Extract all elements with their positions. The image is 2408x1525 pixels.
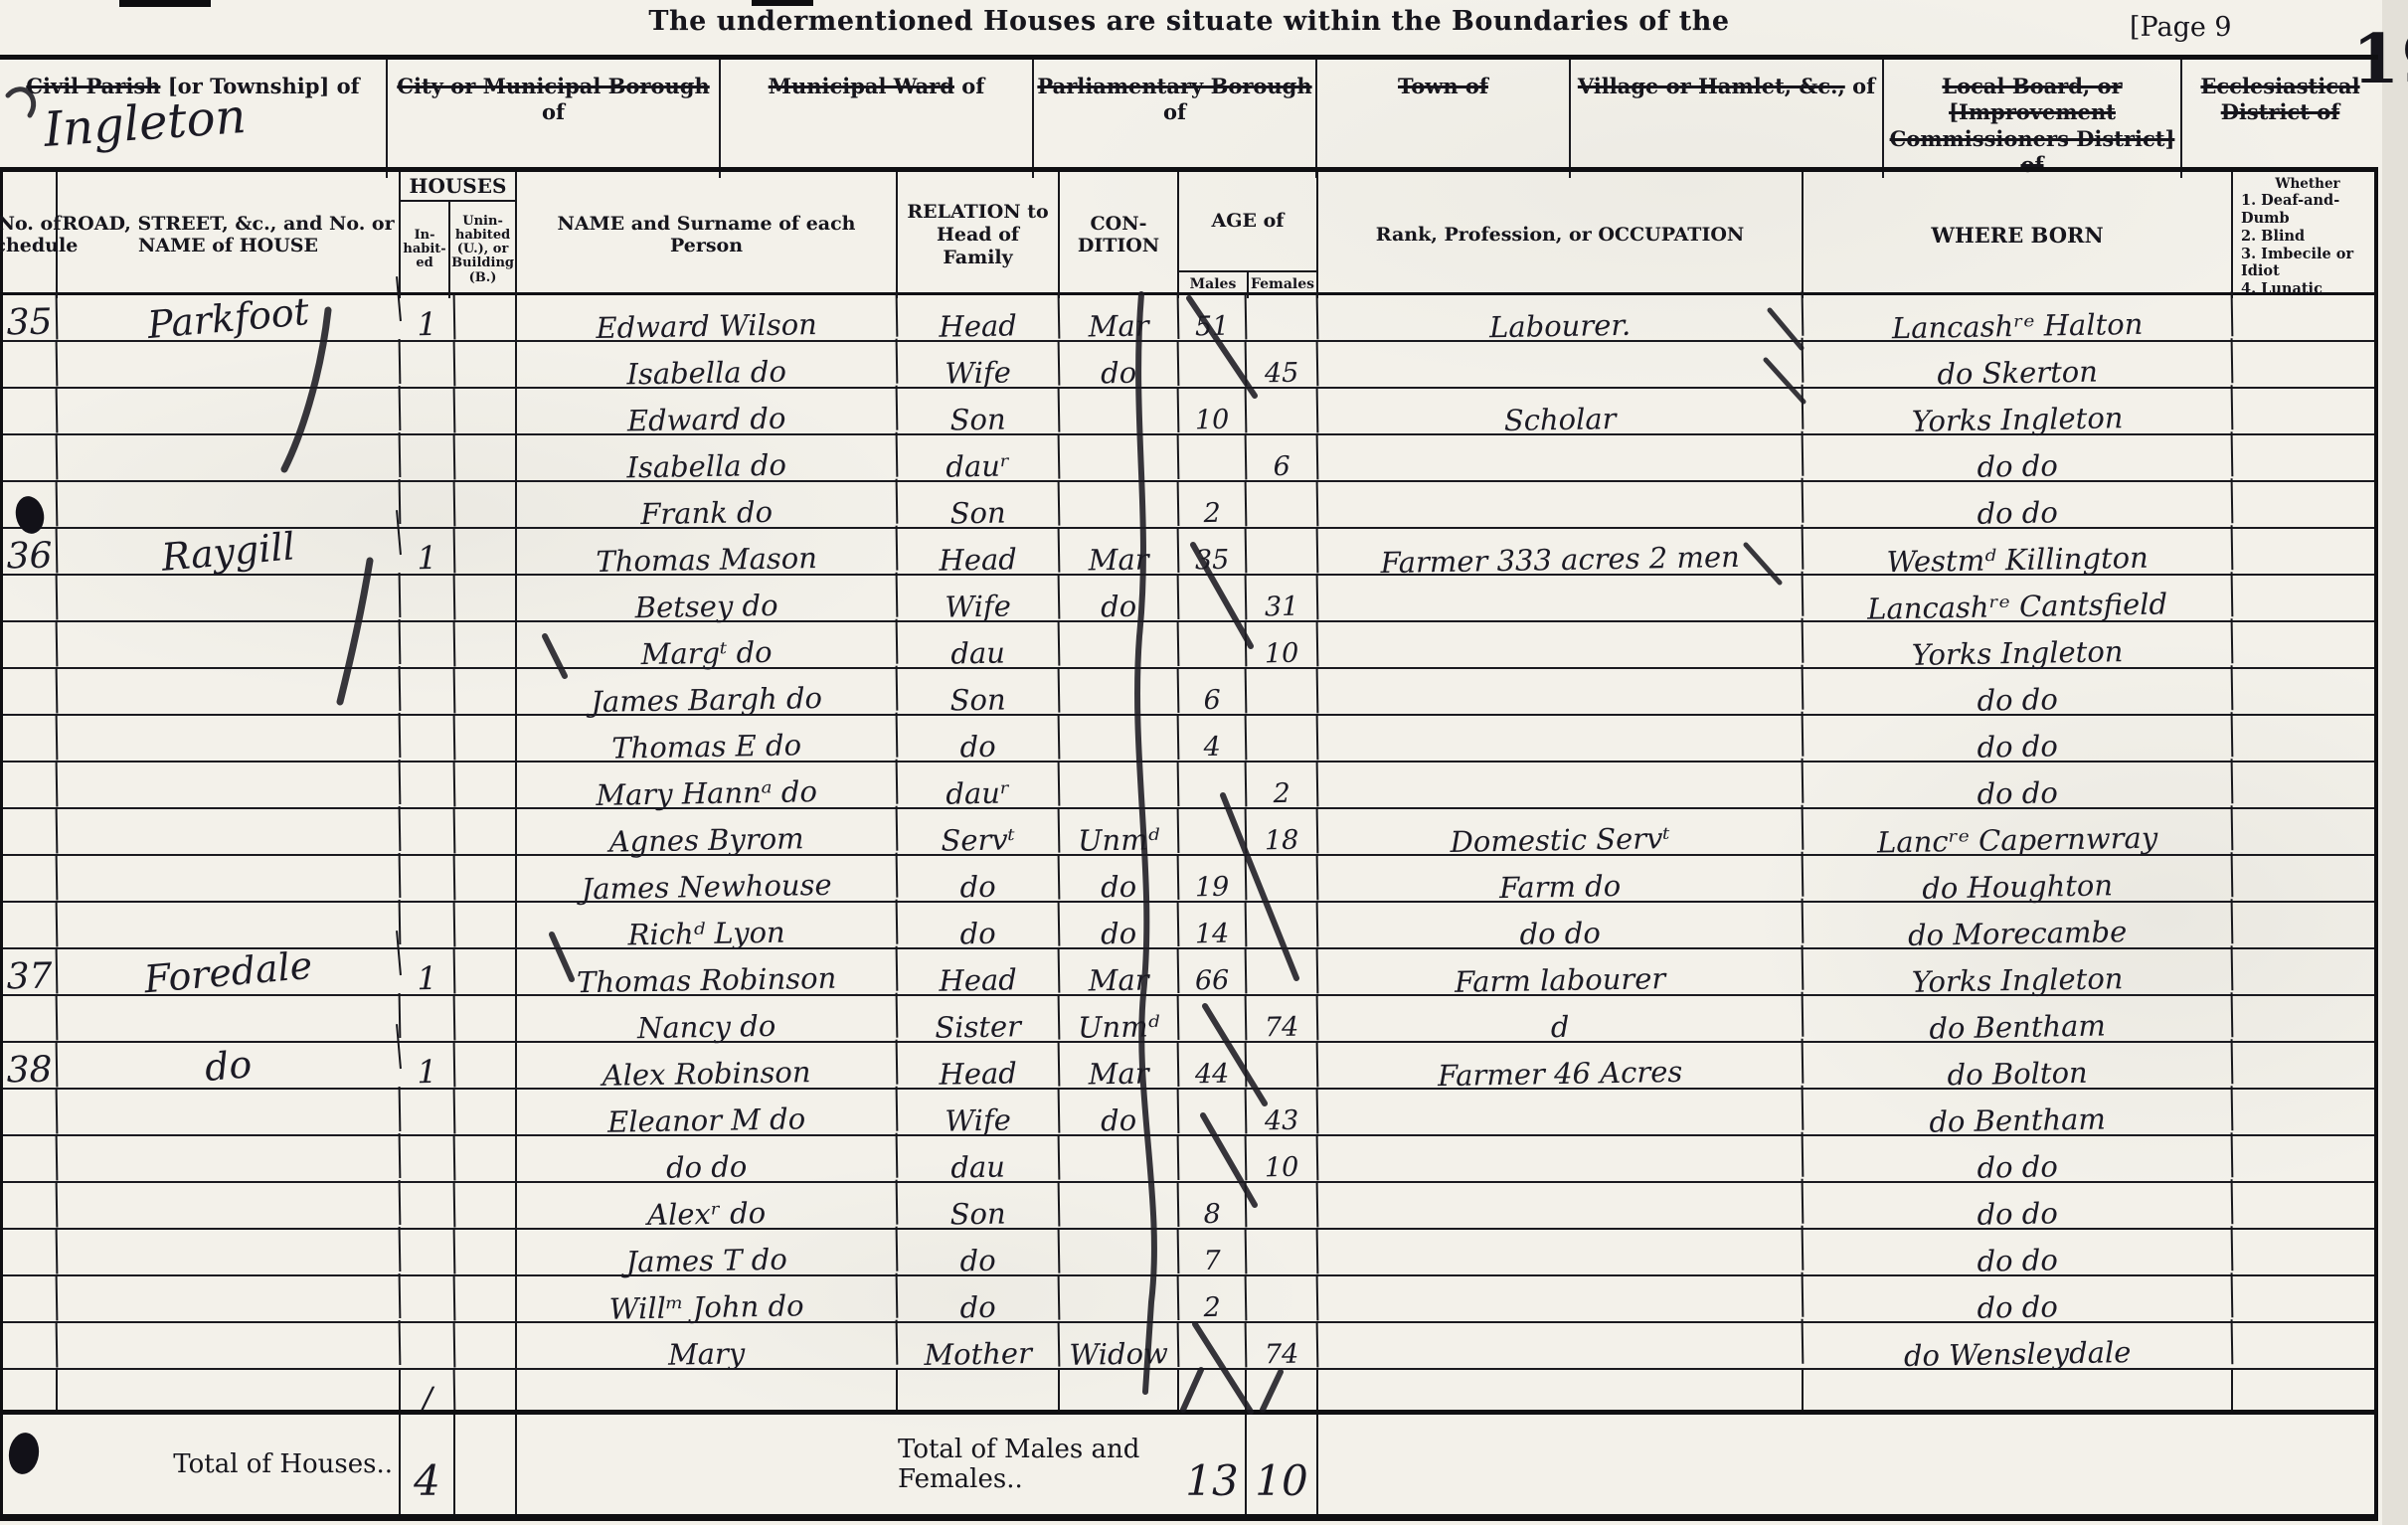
cell-inhabited <box>401 1323 456 1369</box>
cell-name: James Newhouse <box>517 853 899 905</box>
cell-where-born: Lancʳᵉ Capernwray <box>1804 805 2234 858</box>
cell-uninhabited <box>455 1043 517 1088</box>
cell-relation: Son <box>898 668 1061 716</box>
cell-uninhabited <box>455 1323 517 1368</box>
cell-inhabited <box>401 903 456 948</box>
cell-schedule: 38 <box>3 1043 59 1089</box>
cell-occupation <box>1318 618 1805 672</box>
cell-age-female: 74 <box>1247 995 1319 1041</box>
cell-schedule <box>3 482 59 528</box>
cell-schedule: 36 <box>3 529 59 575</box>
cell-inhabited <box>401 1183 456 1229</box>
cell-occupation: Farm labourer <box>1318 945 1805 999</box>
cell-age-male <box>1179 341 1248 387</box>
table-row: Mary Mother Widow 74 do Wensleydale <box>3 1323 2374 1370</box>
totals-blank <box>3 1415 58 1514</box>
cell-relation: Son <box>898 1182 1061 1230</box>
col-group-age: AGE of Males Females <box>1179 172 1318 298</box>
cell-inhabited: 1 <box>401 949 456 995</box>
cell-whether <box>2233 1230 2378 1274</box>
cell-occupation <box>1318 1226 1805 1279</box>
cell-inhabited: 1 <box>401 1043 456 1089</box>
cell-where-born: do Wensleydale <box>1804 1319 2234 1372</box>
census-page: The undermentioned Houses are situate wi… <box>0 0 2408 1525</box>
cell-occupation <box>1318 572 1805 625</box>
cell-condition: Mar <box>1060 948 1180 995</box>
cell-occupation: Farmer 333 acres 2 men <box>1318 525 1805 579</box>
cell-uninhabited <box>455 482 517 527</box>
cell-whether <box>2233 809 2378 854</box>
cell-where-born: do do <box>1804 712 2234 764</box>
cell-where-born: do Morecambe <box>1804 899 2234 951</box>
cell-age-female: 10 <box>1247 1135 1319 1181</box>
cell-age-male: 35 <box>1179 528 1248 574</box>
cell-occupation <box>1318 759 1805 812</box>
cell-where-born: do Skerton <box>1804 338 2234 391</box>
cell-age-male: 2 <box>1179 1275 1248 1321</box>
cell-name: James Bargh do <box>517 666 899 718</box>
cell-relation: dau <box>898 1135 1061 1183</box>
whether-item: 3. Imbecile or Idiot <box>2241 246 2374 280</box>
cell-whether <box>2233 996 2378 1041</box>
cell-occupation <box>1318 1179 1805 1233</box>
col-header-where-born: WHERE BORN <box>1804 172 2233 298</box>
cell-schedule <box>3 1183 59 1229</box>
cell-age-male <box>1179 808 1248 854</box>
cell-uninhabited <box>455 996 517 1041</box>
cell-condition: do <box>1060 1089 1180 1135</box>
cell-condition: do <box>1060 855 1180 902</box>
cell-schedule: 37 <box>3 949 59 995</box>
table-row: 36 Raygill 1 Thomas Mason Head Mar 35 Fa… <box>3 529 2374 576</box>
col-header-relation: RELATION to Head of Family <box>898 172 1060 298</box>
cell-condition <box>1060 715 1180 762</box>
cell-uninhabited <box>455 1090 517 1134</box>
cell-name: Betsey do <box>517 573 899 624</box>
table-row: James Bargh do Son 6 do do <box>3 669 2374 716</box>
cell-name: Frank do <box>517 479 899 531</box>
cell-uninhabited <box>455 342 517 387</box>
cell-condition <box>1060 388 1180 434</box>
cell-house <box>58 760 402 810</box>
cell-schedule <box>3 762 59 808</box>
cell-whether <box>2233 1136 2378 1181</box>
field-label-struck: Ecclesiastical District of <box>2200 74 2359 124</box>
cell-females <box>1247 1370 1318 1415</box>
cell-occupation <box>1318 338 1805 392</box>
field-parliamentary-borough: Parliamentary Borough of <box>1034 60 1317 178</box>
cell-age-female <box>1247 855 1319 901</box>
cell-inhabited <box>401 996 456 1042</box>
cell-age-male <box>1179 1089 1248 1134</box>
total-houses-label: Total of Houses.. <box>58 1415 401 1514</box>
cell-condition: Widow <box>1060 1322 1180 1369</box>
cell-inhabited <box>401 716 456 762</box>
table-row: Margᵗ do dau 10 Yorks Ingleton <box>3 622 2374 669</box>
cell-condition <box>1060 668 1180 715</box>
field-municipal-ward: Municipal Ward of <box>721 60 1034 178</box>
cell-age-female: 31 <box>1247 575 1319 620</box>
cell-inhabited <box>401 435 456 481</box>
cell-where-born: do do <box>1804 478 2234 531</box>
cell-uninhabited <box>455 576 517 620</box>
cell-occupation <box>1318 1370 1804 1415</box>
totals-blank <box>1804 1415 2233 1514</box>
civil-parish-value: Ingleton <box>42 86 248 160</box>
cell-name: Thomas Robinson <box>517 946 899 998</box>
age-group-title: AGE of <box>1179 172 1316 270</box>
cell-where-born: Lancashʳᵉ Cantsfield <box>1804 572 2234 624</box>
cell-uninhabited <box>455 1136 517 1181</box>
cell-where-born: do do <box>1804 759 2234 811</box>
cell-name: Richᵈ Lyon <box>517 900 899 951</box>
cell-relation: do <box>898 715 1061 762</box>
field-ecclesiastical-district: Ecclesiastical District of <box>2182 60 2378 178</box>
cell-condition: Unmᵈ <box>1060 808 1180 855</box>
cell-condition <box>1060 1229 1180 1275</box>
cell-relation: Head <box>898 294 1061 342</box>
cell-schedule <box>3 1090 59 1135</box>
cell-inhabited <box>401 482 456 528</box>
cell-uninhabited <box>455 389 517 433</box>
table-row: 35 Parkfoot 1 Edward Wilson Head Mar 51 … <box>3 295 2374 342</box>
cell-name: Thomas Mason <box>517 526 899 578</box>
cell-name: Alex Robinson <box>517 1040 899 1092</box>
cell-whether <box>2233 762 2378 807</box>
cell-house <box>58 853 402 904</box>
cell-occupation <box>1318 1086 1805 1139</box>
cell-age-female <box>1247 481 1319 527</box>
cell-relation: Head <box>898 948 1061 996</box>
cell-name: Alexʳ do <box>517 1180 899 1232</box>
cell-name: Nancy do <box>517 993 899 1045</box>
table-row: James T do do 7 do do <box>3 1230 2374 1276</box>
cell-uninhabited <box>455 529 517 574</box>
table-header-row: No. of Schedule ROAD, STREET, &c., and N… <box>3 172 2374 295</box>
cell-born <box>1804 1370 2233 1415</box>
cell-house <box>58 806 402 857</box>
cell-age-female <box>1247 902 1319 947</box>
cell-condition <box>1060 762 1180 808</box>
cell-where-born: do Bolton <box>1804 1039 2234 1092</box>
cell-uninhabited <box>455 762 517 807</box>
cell-condition: do <box>1060 902 1180 948</box>
cell-uninhabited <box>455 1370 517 1415</box>
cell-schedule <box>3 669 59 715</box>
cell-where-born: do do <box>1804 431 2234 484</box>
cell-name: Isabella do <box>517 432 899 484</box>
cell-occupation <box>1318 665 1805 719</box>
cell-schedule <box>3 809 59 855</box>
cell-whether <box>2233 482 2378 527</box>
cell-age-male: 6 <box>1179 668 1248 714</box>
field-label-struck: City or Municipal Borough <box>397 74 709 98</box>
cell-age-male: 66 <box>1179 948 1248 994</box>
cell-condition <box>1060 1370 1179 1415</box>
census-table: No. of Schedule ROAD, STREET, &c., and N… <box>0 167 2378 1415</box>
cell-whether <box>2233 342 2378 387</box>
totals-blank <box>1318 1415 1804 1514</box>
cell-where-born: Lancashʳᵉ Halton <box>1804 291 2234 344</box>
cell-condition <box>1060 621 1180 668</box>
cell-inhabited <box>401 1230 456 1275</box>
cell-condition: do <box>1060 341 1180 388</box>
cell-relation: Wife <box>898 1089 1061 1136</box>
cell-whether <box>2233 622 2378 667</box>
cell-uninhabited <box>455 809 517 854</box>
cell-relation: do <box>898 902 1061 949</box>
field-label-struck: Parliamentary Borough <box>1037 74 1311 98</box>
col-header-condition: CON- DITION <box>1060 172 1179 298</box>
cell-inhabited <box>401 342 456 388</box>
cell-inhabited <box>401 1136 456 1182</box>
cell-inhabited <box>401 762 456 808</box>
cell-relation: Mother <box>898 1322 1061 1370</box>
total-males-females-label: Total of Males and Females.. <box>898 1415 1179 1514</box>
cell-age-male <box>1179 434 1248 480</box>
cell-condition: Mar <box>1060 294 1180 341</box>
cell-age-male: 7 <box>1179 1229 1248 1274</box>
cell-occupation: do do <box>1318 899 1805 952</box>
cell-inhabited <box>401 809 456 855</box>
cell-age-female <box>1247 1275 1319 1321</box>
cell-relation: Head <box>898 528 1061 576</box>
cell-name: Edward Wilson <box>517 292 899 344</box>
cell-inhabited <box>401 1090 456 1135</box>
cell-uninhabited <box>455 295 517 340</box>
cell-whether <box>2233 529 2378 574</box>
spacer-row: / <box>3 1370 2374 1415</box>
cell-name: James T do <box>517 1227 899 1278</box>
cell-condition <box>1060 1275 1180 1322</box>
whether-item: 1. Deaf-and-Dumb <box>2241 192 2374 227</box>
cell-whether <box>2233 1090 2378 1134</box>
cell-house <box>58 1227 402 1277</box>
cell-relation <box>898 1370 1060 1415</box>
boundary-header: Civil Parish [or Township] of Ingleton C… <box>0 55 2378 167</box>
cell-name: Agnes Byrom <box>517 806 899 858</box>
cell-relation: Head <box>898 1042 1061 1090</box>
cell-relation: Son <box>898 481 1061 529</box>
cell-relation: dauʳ <box>898 762 1061 809</box>
cell-uninhabited <box>455 435 517 480</box>
cell-occupation: Domestic Servᵗ <box>1318 805 1805 859</box>
cell-condition <box>1060 1135 1180 1182</box>
cell-occupation: d <box>1318 992 1805 1046</box>
cell-house <box>58 1180 402 1231</box>
totals-blank <box>2233 1415 2378 1514</box>
cell-whether <box>2233 295 2378 340</box>
cell-age-female: 10 <box>1247 621 1319 667</box>
cell-schedule <box>3 389 59 434</box>
cell-whether <box>2233 1323 2378 1368</box>
cell-schedule: 35 <box>3 295 59 341</box>
cell-name: Margᵗ do <box>517 619 899 671</box>
col-header-road: ROAD, STREET, &c., and No. or NAME of HO… <box>58 172 401 298</box>
cell-age-female <box>1247 1182 1319 1228</box>
table-row: Willᵐ John do do 2 do do <box>3 1276 2374 1323</box>
cell-house <box>58 386 402 436</box>
cell-inhabited <box>401 1276 456 1322</box>
cell-age-female <box>1247 528 1319 574</box>
cell-uninhabited <box>455 1183 517 1228</box>
cell-where-born: Yorks Ingleton <box>1804 385 2234 437</box>
cell-age-female: 6 <box>1247 434 1319 480</box>
cell-whether <box>2233 949 2378 994</box>
cell-whether <box>2233 1276 2378 1321</box>
cell-males <box>1179 1370 1247 1415</box>
whether-title: Whether <box>2241 176 2374 192</box>
cell-whether <box>2233 669 2378 714</box>
cell-relation: do <box>898 1229 1061 1276</box>
cell-age-female <box>1247 948 1319 994</box>
col-header-name: NAME and Surname of each Person <box>517 172 898 298</box>
table-row: Alexʳ do Son 8 do do <box>3 1183 2374 1230</box>
cell-occupation <box>1318 1272 1805 1326</box>
cell-age-female: 2 <box>1247 762 1319 807</box>
cell-occupation: Scholar <box>1318 385 1805 438</box>
cell-inhabited: 1 <box>401 295 456 341</box>
cell-uninhabited <box>455 949 517 994</box>
cell-where-born: do Houghton <box>1804 852 2234 905</box>
cell-condition <box>1060 434 1180 481</box>
cell-house <box>58 713 402 763</box>
cell-age-male <box>1179 621 1248 667</box>
cell-schedule <box>3 1276 59 1322</box>
cell-whether <box>2233 576 2378 620</box>
cell-name: Mary Hannᵃ do <box>517 760 899 811</box>
cell-name <box>517 1370 898 1415</box>
cell-condition: Mar <box>1060 1042 1180 1089</box>
table-row: Betsey do Wife do 31 Lancashʳᵉ Cantsfiel… <box>3 576 2374 622</box>
cell-relation: Wife <box>898 575 1061 622</box>
cell-age-female: 74 <box>1247 1322 1319 1368</box>
cell-where-born: do do <box>1804 1179 2234 1232</box>
cell-relation: dau <box>898 621 1061 669</box>
field-municipal-borough: City or Municipal Borough of <box>388 60 721 178</box>
table-body: 35 Parkfoot 1 Edward Wilson Head Mar 51 … <box>3 295 2374 1370</box>
field-local-board: Local Board, or [Improvement Commissione… <box>1884 60 2182 178</box>
cell-age-male: 10 <box>1179 388 1248 433</box>
cell-condition: Unmᵈ <box>1060 995 1180 1042</box>
cell-whether <box>2233 716 2378 761</box>
cell-inhabited <box>401 669 456 715</box>
whether-item: 2. Blind <box>2241 228 2305 246</box>
field-village-hamlet: Village or Hamlet, &c., of <box>1571 60 1884 178</box>
field-label: of <box>954 74 984 98</box>
cell-condition <box>1060 1182 1180 1229</box>
total-males-value: 13 <box>1179 1415 1247 1514</box>
cell-house <box>58 432 402 483</box>
cell-age-male: 19 <box>1179 855 1248 901</box>
cell-age-male <box>1179 995 1248 1041</box>
cell-name: do do <box>517 1133 899 1185</box>
table-row: Eleanor M do Wife do 43 do Bentham <box>3 1090 2374 1136</box>
totals-blank <box>517 1415 898 1514</box>
cell-occupation <box>1318 478 1805 532</box>
cell-where-born: Westmᵈ Killington <box>1804 525 2234 578</box>
cell-condition: do <box>1060 575 1180 621</box>
cell-age-female <box>1247 294 1319 340</box>
cell-name: Mary <box>517 1320 899 1372</box>
cell-occupation <box>1318 712 1805 765</box>
cell-whether <box>2233 856 2378 901</box>
cell-name: Eleanor M do <box>517 1087 899 1138</box>
cell-age-male: 51 <box>1179 294 1248 340</box>
cell-where-born: do Bentham <box>1804 1086 2234 1138</box>
cell-occupation <box>1318 1319 1805 1373</box>
field-label-struck: Town of <box>1398 74 1488 98</box>
field-label-struck: Village or Hamlet, &c., <box>1578 74 1845 98</box>
cell-age-female <box>1247 715 1319 761</box>
cell-uninhabited <box>455 1230 517 1274</box>
field-label-struck: Municipal Ward <box>769 74 954 98</box>
page-edge-margin <box>2382 0 2408 1525</box>
cell-age-female <box>1247 1229 1319 1274</box>
col-header-inhabited: In- habit- ed <box>401 202 450 298</box>
totals-blank <box>455 1415 517 1514</box>
col-group-houses: HOUSES In- habit- ed Unin- habited (U.),… <box>401 172 517 298</box>
table-row: do do dau 10 do do <box>3 1136 2374 1183</box>
cell-whether <box>2233 1183 2378 1228</box>
cell-occupation: Labourer. <box>1318 291 1805 345</box>
table-row: James Newhouse do do 19 Farm do do Hough… <box>3 856 2374 903</box>
table-row: Isabella do dauʳ 6 do do <box>3 435 2374 482</box>
cell-schedule <box>3 622 59 668</box>
cell-uninhabited <box>455 856 517 901</box>
cell-age-female <box>1247 388 1319 433</box>
table-row: Isabella do Wife do 45 do Skerton <box>3 342 2374 389</box>
cell-whether <box>2233 1370 2378 1415</box>
cell-schedule <box>3 903 59 948</box>
cell-where-born: Yorks Ingleton <box>1804 945 2234 998</box>
col-header-uninhabited: Unin- habited (U.), or Building (B.) <box>450 202 515 298</box>
page-label: [Page 9 <box>2130 12 2232 43</box>
cell-house <box>58 1370 401 1415</box>
cell-schedule <box>3 1230 59 1275</box>
totals-row: Total of Houses.. 4 Total of Males and F… <box>0 1410 2378 1521</box>
cell-inhabited <box>401 389 456 434</box>
cell-inhabited <box>401 622 456 668</box>
field-label-struck: Local Board, or [Improvement Commissione… <box>1890 74 2175 177</box>
cell-relation: do <box>898 855 1061 903</box>
cell-age-male: 8 <box>1179 1182 1248 1228</box>
col-header-occupation: Rank, Profession, or OCCUPATION <box>1318 172 1804 298</box>
cell-schedule <box>3 996 59 1042</box>
table-row: Thomas E do do 4 do do <box>3 716 2374 762</box>
cell-name: Thomas E do <box>517 713 899 764</box>
cell-age-male <box>1179 762 1248 807</box>
cell-occupation: Farmer 46 Acres <box>1318 1039 1805 1093</box>
col-header-whether: Whether 1. Deaf-and-Dumb 2. Blind 3. Imb… <box>2233 172 2378 298</box>
cell-schedule <box>3 1323 59 1369</box>
cell-uninhabited <box>455 1276 517 1321</box>
cell-age-male <box>1179 1322 1248 1368</box>
cell-name: Willᵐ John do <box>517 1273 899 1325</box>
cell-age-female: 45 <box>1247 341 1319 387</box>
cell-whether <box>2233 903 2378 947</box>
cell-house <box>58 1133 402 1184</box>
table-row: Edward do Son 10 Scholar Yorks Ingleton <box>3 389 2374 435</box>
cell-relation: Sister <box>898 995 1061 1043</box>
table-row: 38 do 1 Alex Robinson Head Mar 44 Farmer… <box>3 1043 2374 1090</box>
cell-where-born: do do <box>1804 1226 2234 1278</box>
cell-age-male: 14 <box>1179 902 1248 947</box>
page-title: The undermentioned Houses are situate wi… <box>0 6 2378 37</box>
cell-relation: Son <box>898 388 1061 435</box>
cell-house <box>58 1273 402 1324</box>
cell-where-born: do do <box>1804 1132 2234 1185</box>
